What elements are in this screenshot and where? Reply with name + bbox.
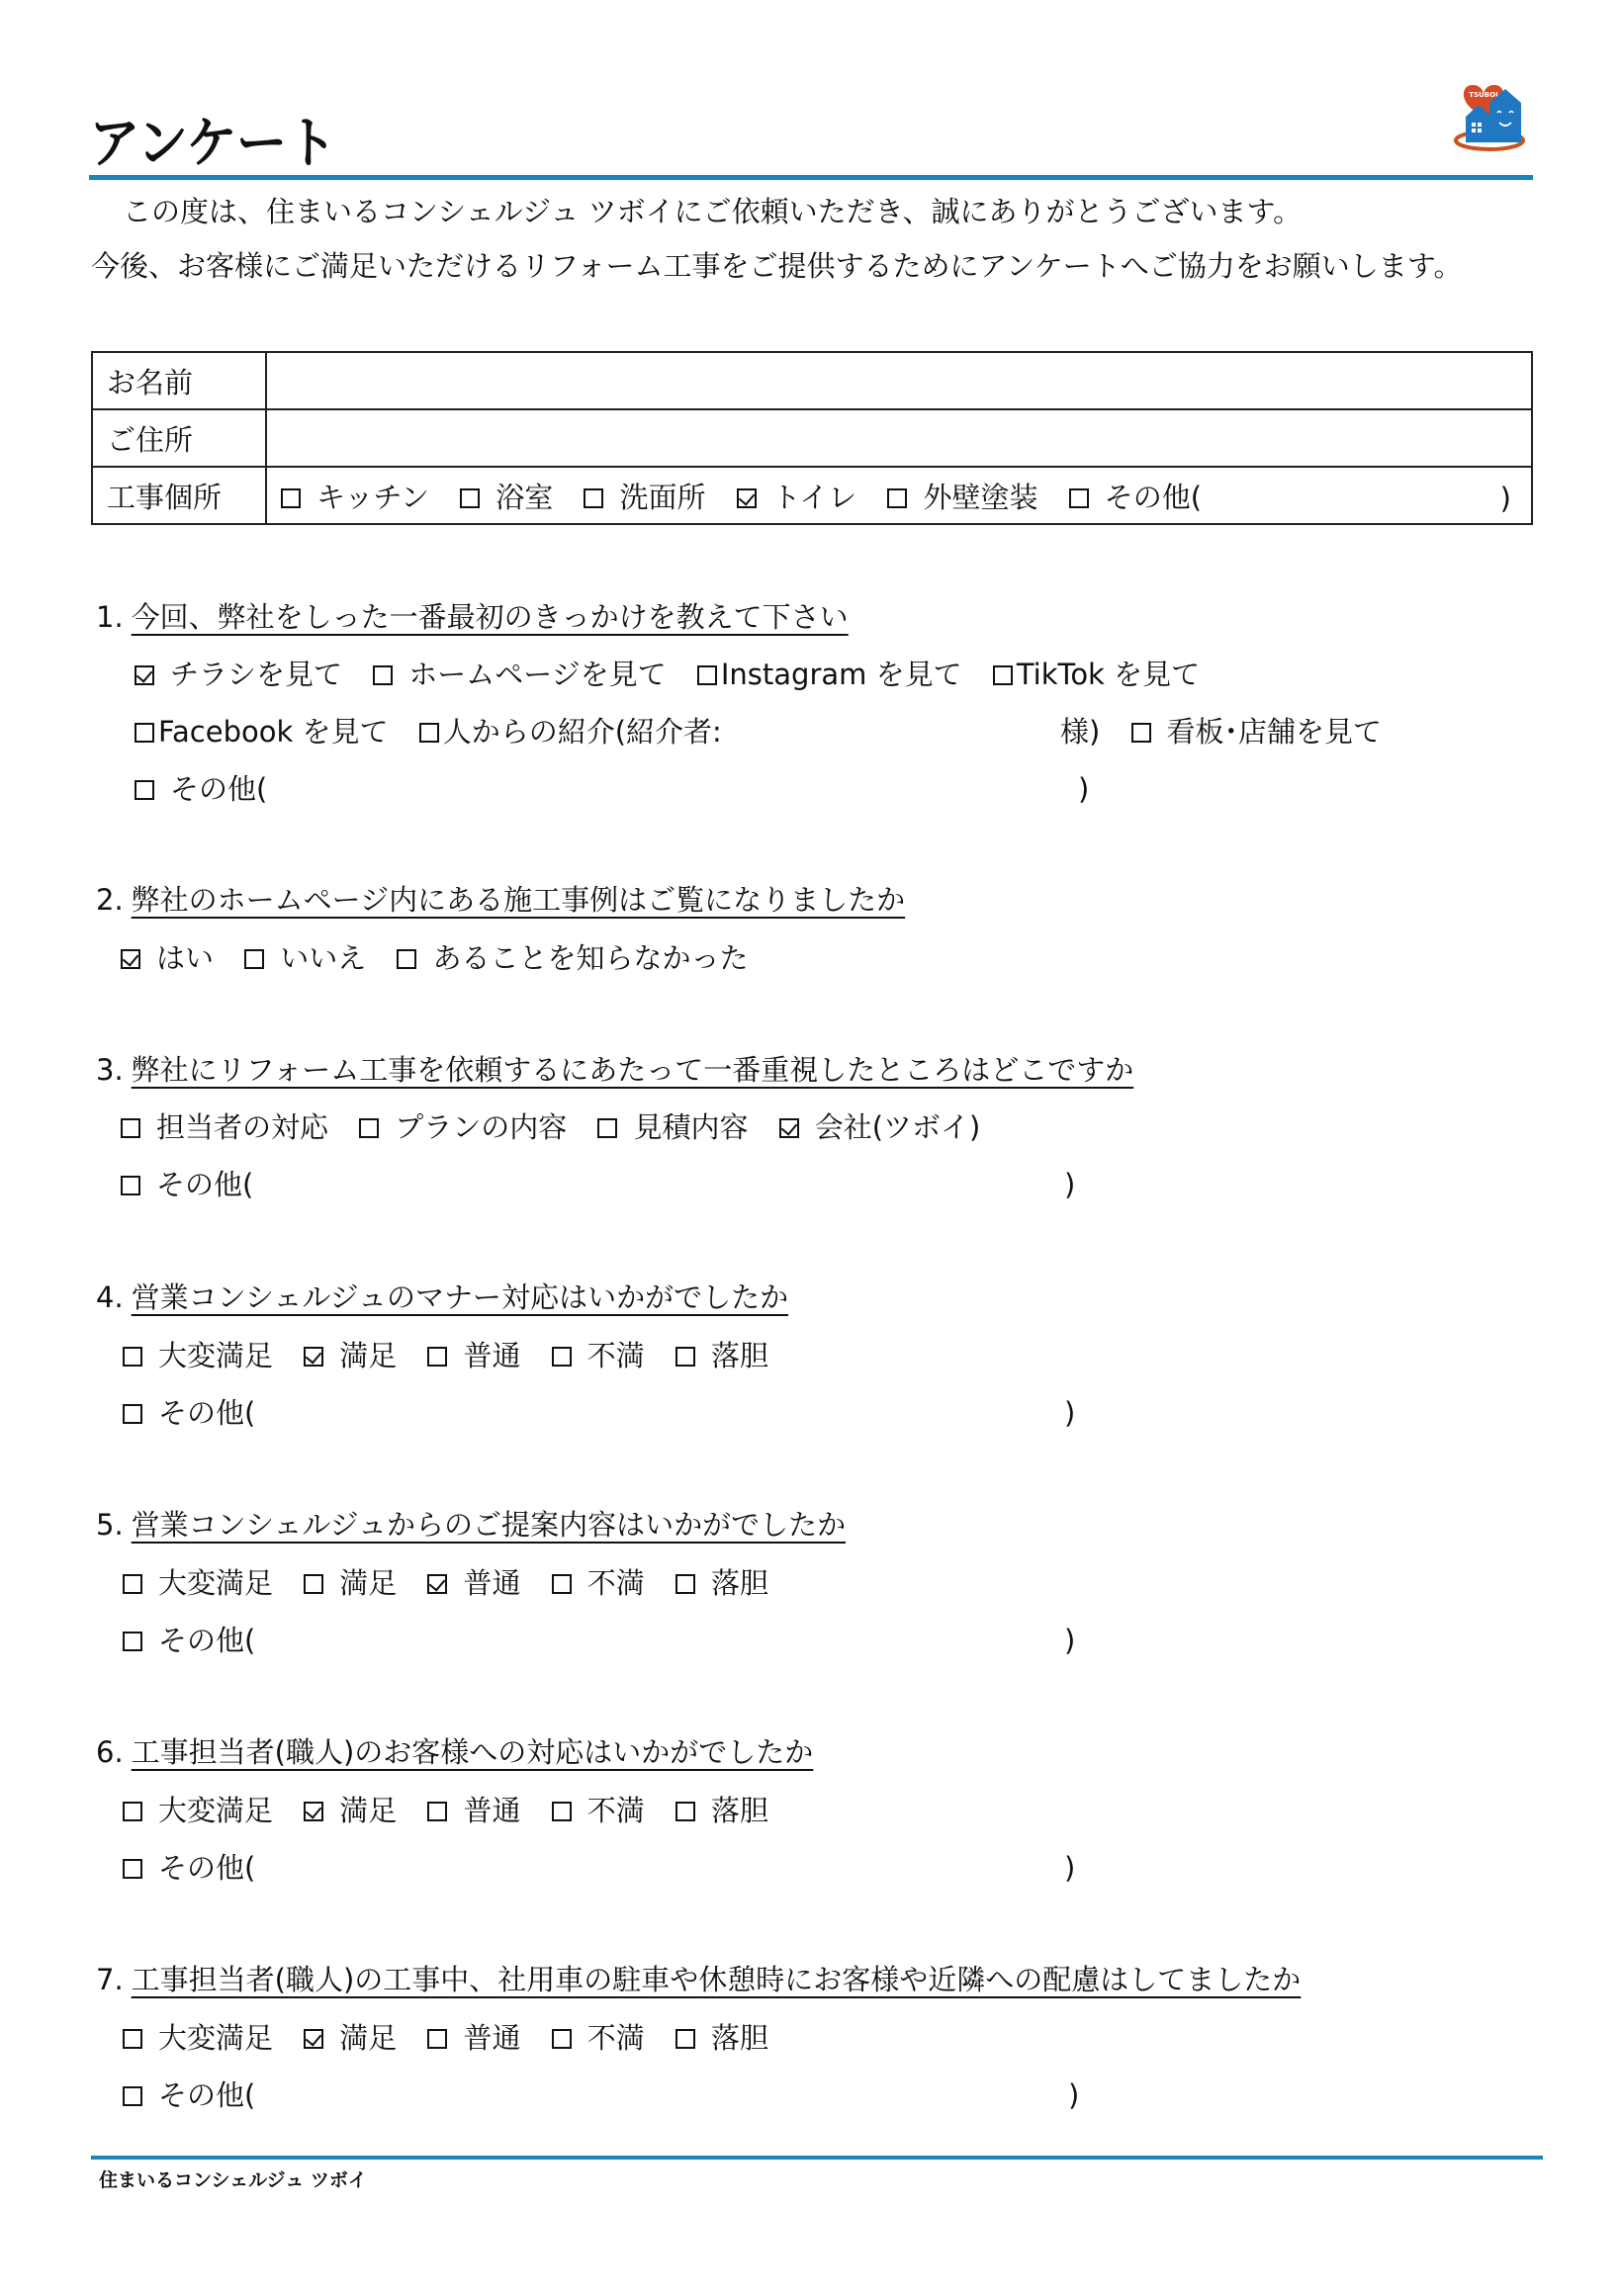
checkbox-icon[interactable] xyxy=(675,2029,695,2049)
checkbox-icon[interactable] xyxy=(397,949,416,969)
question-6-row-1: 大変満足 満足 普通 不満 落胆 xyxy=(123,1797,790,1825)
checkbox-checked-icon[interactable] xyxy=(427,1574,447,1594)
checkbox-icon[interactable] xyxy=(123,1404,142,1424)
checkbox-checked-icon[interactable] xyxy=(121,949,140,969)
checkbox-icon[interactable] xyxy=(597,1118,617,1138)
tsuboi-logo: TSUBOI xyxy=(1450,79,1529,153)
checkbox-icon[interactable] xyxy=(552,1574,572,1594)
referral-suffix: 様) xyxy=(1060,715,1100,749)
location-other[interactable]: その他( xyxy=(1069,481,1202,514)
question-7-text: 工事担当者(職人)の工事中、社用車の駐車や休憩時にお客様や近隣への配慮はしてまし… xyxy=(132,1963,1302,1996)
q5-option-other[interactable]: その他( xyxy=(123,1624,255,1657)
address-row: ご住所 xyxy=(92,409,1532,467)
checkbox-icon[interactable] xyxy=(244,949,264,969)
q7-option-dissatisfied[interactable]: 不満 xyxy=(552,2021,645,2055)
checkbox-icon[interactable] xyxy=(552,1802,572,1821)
checkbox-icon[interactable] xyxy=(552,1347,572,1367)
checkbox-icon[interactable] xyxy=(121,1118,140,1138)
question-5-row-2: その他( xyxy=(123,1627,277,1655)
location-label: 工事個所 xyxy=(92,467,266,524)
location-washroom[interactable]: 洗面所 xyxy=(584,481,705,514)
checkbox-icon[interactable] xyxy=(359,1118,379,1138)
checkbox-icon[interactable] xyxy=(1131,723,1151,743)
q6-option-dissatisfied[interactable]: 不満 xyxy=(552,1794,645,1827)
checkbox-icon[interactable] xyxy=(121,1176,140,1195)
checkbox-icon[interactable] xyxy=(123,1632,142,1651)
checkbox-icon[interactable] xyxy=(123,2086,142,2106)
q5-option-disappointed[interactable]: 落胆 xyxy=(675,1566,768,1600)
checkbox-icon[interactable] xyxy=(697,665,717,685)
checkbox-icon[interactable] xyxy=(675,1574,695,1594)
q1-option-signboard[interactable]: 看板･店舗を見て xyxy=(1131,715,1383,749)
checkbox-icon[interactable] xyxy=(123,1802,142,1821)
q1-other-close: ) xyxy=(1078,775,1089,804)
q5-option-average[interactable]: 普通 xyxy=(427,1566,520,1600)
question-4: 4.営業コンシェルジュのマナー対応はいかがでしたか xyxy=(96,1283,788,1312)
address-label: ご住所 xyxy=(92,409,266,467)
q1-option-homepage[interactable]: ホームページを見て xyxy=(373,658,666,691)
q5-option-dissatisfied[interactable]: 不満 xyxy=(552,1566,645,1600)
question-7: 7.工事担当者(職人)の工事中、社用車の駐車や休憩時にお客様や近隣への配慮はして… xyxy=(96,1966,1301,1994)
intro-line-2: 今後、お客様にご満足いただけるリフォーム工事をご提供するためにアンケートへご協力… xyxy=(91,252,1463,281)
q4-other-close: ) xyxy=(1064,1399,1075,1428)
question-1-row-2b: 様) 看板･店舗を見て xyxy=(1060,718,1403,747)
q3-option-other[interactable]: その他( xyxy=(121,1168,253,1201)
checkbox-icon[interactable] xyxy=(281,488,301,508)
q4-option-very-satisfied[interactable]: 大変満足 xyxy=(123,1339,273,1372)
checkbox-icon[interactable] xyxy=(887,488,907,508)
checkbox-icon[interactable] xyxy=(373,665,393,685)
customer-info-table: お名前 ご住所 工事個所 キッチン 浴室 洗面所 トイレ 外壁塗装 その他( ) xyxy=(91,351,1533,525)
checkbox-icon[interactable] xyxy=(460,488,480,508)
footer-divider xyxy=(91,2156,1543,2160)
question-2: 2.弊社のホームページ内にある施工事例はご覧になりましたか xyxy=(96,886,905,915)
svg-text:TSUBOI: TSUBOI xyxy=(1469,91,1497,99)
q4-option-satisfied[interactable]: 満足 xyxy=(304,1339,397,1372)
question-7-row-1: 大変満足 満足 普通 不満 落胆 xyxy=(123,2024,790,2053)
q3-option-staff[interactable]: 担当者の対応 xyxy=(121,1110,328,1144)
q2-option-unaware[interactable]: あることを知らなかった xyxy=(397,941,748,975)
location-bath[interactable]: 浴室 xyxy=(460,481,553,514)
question-3-row-2: その他( xyxy=(121,1171,275,1199)
location-other-close: ) xyxy=(1500,482,1511,515)
q3-option-estimate[interactable]: 見積内容 xyxy=(597,1110,748,1144)
q1-option-instagram[interactable]: Instagram を見て xyxy=(697,658,962,691)
q4-option-dissatisfied[interactable]: 不満 xyxy=(552,1339,645,1372)
question-1: 1.今回、弊社をしった一番最初のきっかけを教えて下さい xyxy=(96,603,849,632)
q2-option-no[interactable]: いいえ xyxy=(244,941,366,975)
question-6-row-2: その他( xyxy=(123,1854,277,1883)
q7-other-close: ) xyxy=(1068,2081,1079,2110)
checkbox-icon[interactable] xyxy=(427,1802,447,1821)
name-field[interactable] xyxy=(266,352,1532,409)
q6-other-close: ) xyxy=(1064,1854,1075,1883)
checkbox-checked-icon[interactable] xyxy=(779,1118,799,1138)
intro-line-1: この度は、住まいるコンシェルジュ ツボイにご依頼いただき、誠にありがとうございま… xyxy=(123,198,1302,226)
question-1-text: 今回、弊社をしった一番最初のきっかけを教えて下さい xyxy=(132,600,849,634)
checkbox-icon[interactable] xyxy=(123,1347,142,1367)
question-6: 6.工事担当者(職人)のお客様への対応はいかがでしたか xyxy=(96,1738,813,1767)
checkbox-checked-icon[interactable] xyxy=(304,1347,323,1367)
question-7-row-2: その他( xyxy=(123,2081,277,2110)
q1-option-referral[interactable]: 人からの紹介(紹介者: xyxy=(419,715,722,749)
question-5-row-1: 大変満足 満足 普通 不満 落胆 xyxy=(123,1569,790,1598)
q3-option-plan[interactable]: プランの内容 xyxy=(359,1110,567,1144)
q7-option-satisfied[interactable]: 満足 xyxy=(304,2021,397,2055)
checkbox-icon[interactable] xyxy=(675,1347,695,1367)
checkbox-icon[interactable] xyxy=(123,1859,142,1879)
q5-option-satisfied[interactable]: 満足 xyxy=(304,1566,397,1600)
checkbox-icon[interactable] xyxy=(427,2029,447,2049)
q3-other-close: ) xyxy=(1064,1171,1075,1199)
q7-option-very-satisfied[interactable]: 大変満足 xyxy=(123,2021,273,2055)
page-title: アンケート xyxy=(89,117,336,172)
question-4-text: 営業コンシェルジュのマナー対応はいかがでしたか xyxy=(132,1280,788,1314)
q1-option-flyer[interactable]: チラシを見て xyxy=(135,658,342,691)
checkbox-icon[interactable] xyxy=(123,2029,142,2049)
question-6-text: 工事担当者(職人)のお客様への対応はいかがでしたか xyxy=(132,1735,814,1769)
question-1-row-2: Facebook を見て 人からの紹介(紹介者: xyxy=(135,718,744,747)
location-exterior-paint[interactable]: 外壁塗装 xyxy=(887,481,1037,514)
checkbox-icon[interactable] xyxy=(135,780,154,800)
question-3-row-1: 担当者の対応 プランの内容 見積内容 会社(ツボイ) xyxy=(121,1113,1002,1142)
q7-option-disappointed[interactable]: 落胆 xyxy=(675,2021,768,2055)
checkbox-icon[interactable] xyxy=(552,2029,572,2049)
checkbox-icon[interactable] xyxy=(427,1347,447,1367)
question-4-row-1: 大変満足 満足 普通 不満 落胆 xyxy=(123,1342,790,1370)
q4-option-other[interactable]: その他( xyxy=(123,1396,255,1430)
question-2-text: 弊社のホームページ内にある施工事例はご覧になりましたか xyxy=(132,883,905,917)
name-row: お名前 xyxy=(92,352,1532,409)
name-label: お名前 xyxy=(92,352,266,409)
q5-option-very-satisfied[interactable]: 大変満足 xyxy=(123,1566,273,1600)
question-4-row-2: その他( xyxy=(123,1399,277,1428)
q5-other-close: ) xyxy=(1064,1627,1075,1655)
location-toilet[interactable]: トイレ xyxy=(737,481,857,514)
checkbox-checked-icon[interactable] xyxy=(737,488,757,508)
question-5: 5.営業コンシェルジュからのご提案内容はいかがでしたか xyxy=(96,1511,846,1540)
q1-option-tiktok[interactable]: TikTok を見て xyxy=(993,658,1200,691)
q7-option-average[interactable]: 普通 xyxy=(427,2021,520,2055)
q4-option-disappointed[interactable]: 落胆 xyxy=(675,1339,768,1372)
checkbox-icon[interactable] xyxy=(419,723,439,743)
question-1-row-1: チラシを見て ホームページを見て Instagram を見て TikTok を見… xyxy=(135,661,1221,689)
q1-option-facebook[interactable]: Facebook を見て xyxy=(135,715,388,749)
checkbox-checked-icon[interactable] xyxy=(304,1802,323,1821)
checkbox-icon[interactable] xyxy=(123,1574,142,1594)
checkbox-icon[interactable] xyxy=(675,1802,695,1821)
checkbox-icon[interactable] xyxy=(584,488,603,508)
checkbox-icon[interactable] xyxy=(993,665,1013,685)
checkbox-icon[interactable] xyxy=(304,1574,323,1594)
question-1-row-3: その他( xyxy=(135,775,289,804)
q6-option-very-satisfied[interactable]: 大変満足 xyxy=(123,1794,273,1827)
checkbox-icon[interactable] xyxy=(1069,488,1089,508)
location-row: 工事個所 キッチン 浴室 洗面所 トイレ 外壁塗装 その他( ) xyxy=(92,467,1532,524)
checkbox-checked-icon[interactable] xyxy=(304,2029,323,2049)
location-options: キッチン 浴室 洗面所 トイレ 外壁塗装 その他( ) xyxy=(266,467,1532,524)
checkbox-checked-icon[interactable] xyxy=(135,665,154,685)
question-3-text: 弊社にリフォーム工事を依頼するにあたって一番重視したところはどこですか xyxy=(132,1053,1134,1087)
address-field[interactable] xyxy=(266,409,1532,467)
header-divider xyxy=(89,175,1533,180)
q7-option-other[interactable]: その他( xyxy=(123,2078,255,2112)
location-kitchen[interactable]: キッチン xyxy=(281,481,429,514)
question-3: 3.弊社にリフォーム工事を依頼するにあたって一番重視したところはどこですか xyxy=(96,1056,1133,1085)
checkbox-icon[interactable] xyxy=(135,723,154,743)
q2-option-yes[interactable]: はい xyxy=(121,941,214,975)
q6-option-disappointed[interactable]: 落胆 xyxy=(675,1794,768,1827)
q1-option-other[interactable]: その他( xyxy=(135,772,267,806)
q6-option-average[interactable]: 普通 xyxy=(427,1794,520,1827)
question-2-row-1: はい いいえ あることを知らなかった xyxy=(121,944,769,973)
question-5-text: 営業コンシェルジュからのご提案内容はいかがでしたか xyxy=(132,1508,846,1542)
q6-option-other[interactable]: その他( xyxy=(123,1851,255,1885)
footer-company: 住まいるコンシェルジュ ツボイ xyxy=(99,2165,367,2192)
q3-option-company[interactable]: 会社(ツボイ) xyxy=(779,1110,981,1144)
q4-option-average[interactable]: 普通 xyxy=(427,1339,520,1372)
q6-option-satisfied[interactable]: 満足 xyxy=(304,1794,397,1827)
